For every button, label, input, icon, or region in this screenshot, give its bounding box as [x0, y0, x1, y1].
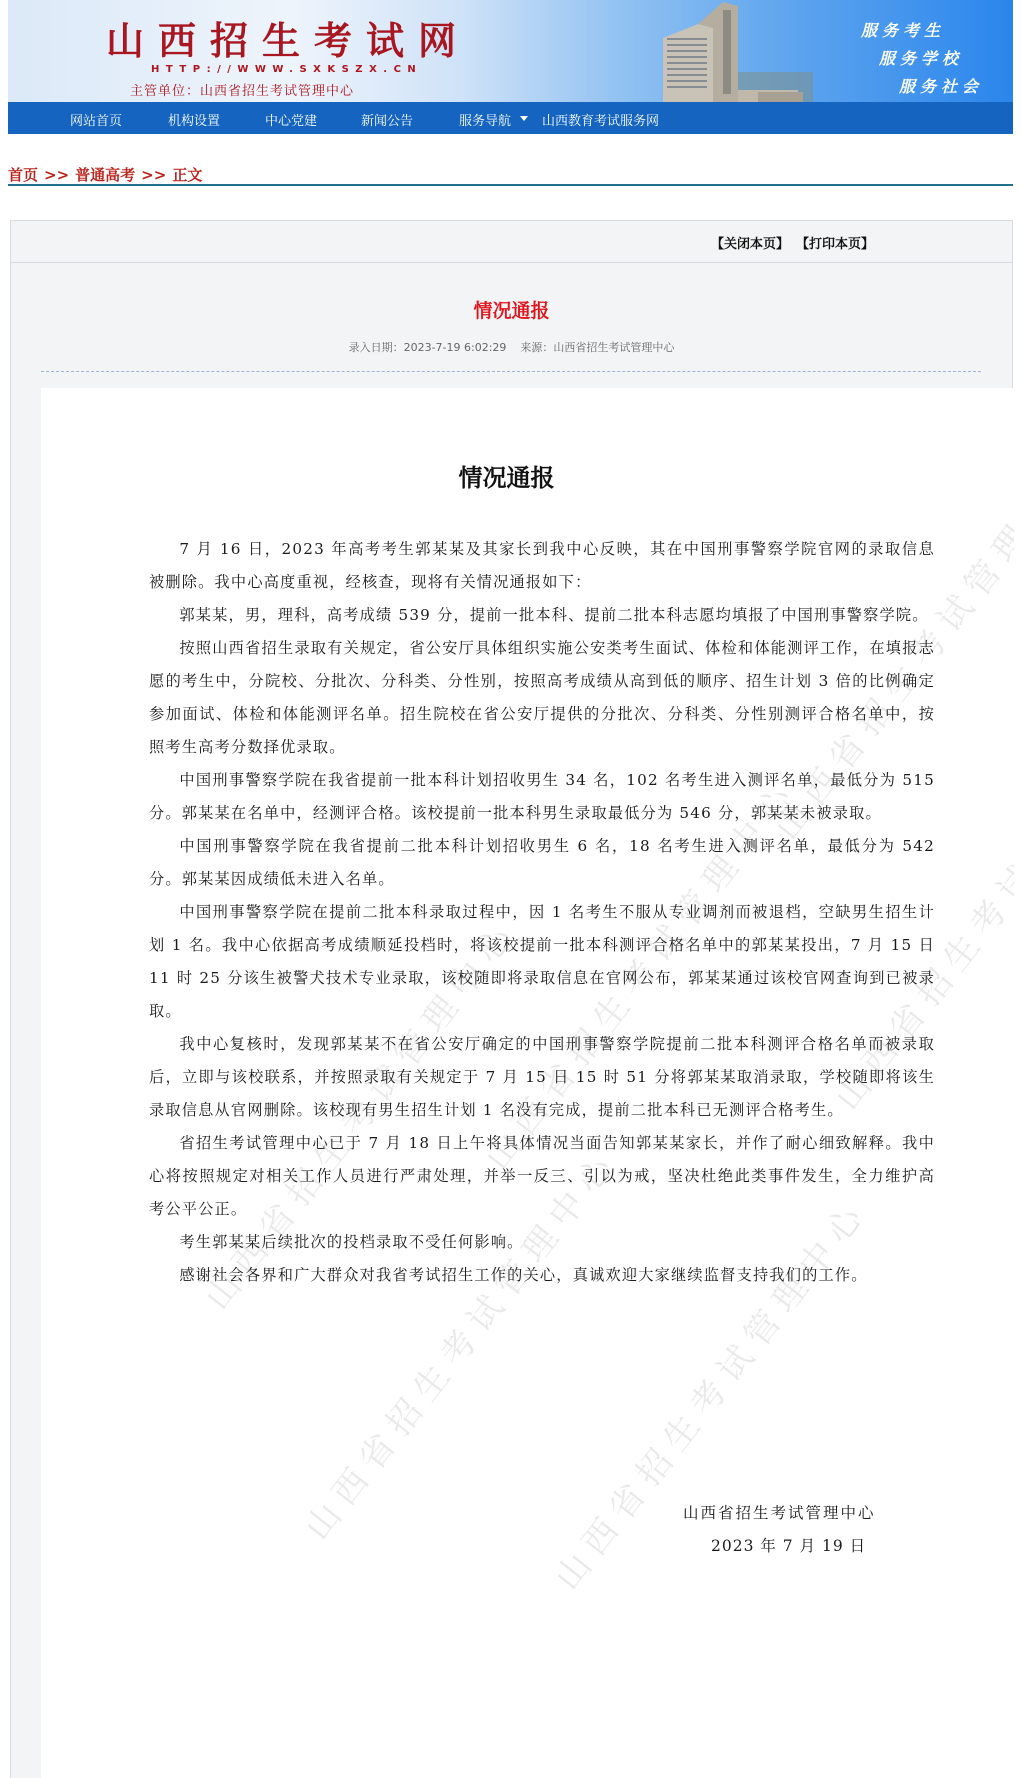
site-title: 山西招生考试网 [106, 10, 470, 65]
article-toolbar: 【关闭本页】 【打印本页】 [11, 221, 1012, 263]
notice-paragraph: 中国刑事警察学院在我省提前一批本科计划招收男生 34 名，102 名考生进入测评… [149, 764, 935, 830]
main-nav: 网站首页 机构设置 中心党建 新闻公告 服务导航 山西教育考试服务网 [8, 102, 1013, 134]
notice-paragraph: 按照山西省招生录取有关规定，省公安厅具体组织实施公安类考生面试、体检和体能测评工… [149, 632, 935, 764]
notice-paragraph: 感谢社会各界和广大群众对我省考试招生工作的关心，真诚欢迎大家继续监督支持我们的工… [149, 1259, 935, 1292]
notice-paragraph: 郭某某，男，理科，高考成绩 539 分，提前一批本科、提前二批本科志愿均填报了中… [149, 599, 935, 632]
site-sponsor: 主管单位：山西省招生考试管理中心 [130, 80, 354, 99]
close-page-button[interactable]: 【关闭本页】 [711, 233, 789, 252]
notice-paragraph: 我中心复核时，发现郭某某不在省公安厅确定的中国刑事警察学院提前二批本科测评合格名… [149, 1028, 935, 1127]
breadcrumb: 首页>>普通高考>>正文 [8, 164, 202, 185]
signature-date: 2023 年 7 月 19 日 [711, 1534, 866, 1556]
nav-item-organization[interactable]: 机构设置 [168, 110, 220, 129]
breadcrumb-separator: >> [141, 166, 166, 184]
signature-organization: 山西省招生考试管理中心 [683, 1501, 876, 1523]
building-image [663, 2, 813, 102]
breadcrumb-current: 正文 [172, 166, 202, 184]
slogan-students: 服务考生 [861, 18, 945, 41]
page: 山西招生考试网 HTTP://WWW.SXKSZX.CN 主管单位：山西省招生考… [0, 0, 1021, 1778]
notice-body: 7 月 16 日，2023 年高考考生郭某某及其家长到我中心反映，其在中国刑事警… [149, 533, 935, 1292]
nav-item-home[interactable]: 网站首页 [70, 110, 122, 129]
article-meta: 录入日期：2023-7-19 6:02:29 来源：山西省招生考试管理中心 [11, 339, 1012, 355]
dashed-divider [41, 371, 981, 372]
breadcrumb-divider [8, 184, 1013, 186]
notice-document-image: 山西省招生考试管理中心 山西省招生考试管理中心 山西省招生考试管理中心 山西省招… [41, 388, 1014, 1778]
breadcrumb-separator: >> [44, 166, 69, 184]
notice-paragraph: 省招生考试管理中心已于 7 月 18 日上午将具体情况当面告知郭某某家长，并作了… [149, 1127, 935, 1226]
chevron-down-icon [520, 116, 528, 121]
nav-item-party-building[interactable]: 中心党建 [265, 110, 317, 129]
slogan-schools: 服务学校 [879, 46, 963, 69]
print-page-button[interactable]: 【打印本页】 [796, 233, 874, 252]
breadcrumb-gaokao[interactable]: 普通高考 [75, 166, 135, 184]
nav-item-service-nav[interactable]: 服务导航 [459, 110, 528, 129]
notice-title: 情况通报 [41, 458, 972, 493]
article-title: 情况通报 [11, 296, 1012, 323]
article-panel: 【关闭本页】 【打印本页】 情况通报 录入日期：2023-7-19 6:02:2… [10, 220, 1013, 1778]
nav-item-exam-service-portal[interactable]: 山西教育考试服务网 [542, 110, 659, 129]
notice-paragraph: 7 月 16 日，2023 年高考考生郭某某及其家长到我中心反映，其在中国刑事警… [149, 533, 935, 599]
site-header-banner: 山西招生考试网 HTTP://WWW.SXKSZX.CN 主管单位：山西省招生考… [8, 0, 1013, 102]
site-url: HTTP://WWW.SXKSZX.CN [151, 64, 422, 75]
nav-item-news[interactable]: 新闻公告 [361, 110, 413, 129]
slogan-society: 服务社会 [899, 74, 983, 97]
nav-item-service-nav-label: 服务导航 [459, 114, 511, 129]
notice-paragraph: 中国刑事警察学院在我省提前二批本科计划招收男生 6 名，18 名考生进入测评名单… [149, 830, 935, 896]
notice-paragraph: 中国刑事警察学院在提前二批本科录取过程中，因 1 名考生不服从专业调剂而被退档，… [149, 896, 935, 1028]
notice-paragraph: 考生郭某某后续批次的投档录取不受任何影响。 [149, 1226, 935, 1259]
breadcrumb-home[interactable]: 首页 [8, 166, 38, 184]
